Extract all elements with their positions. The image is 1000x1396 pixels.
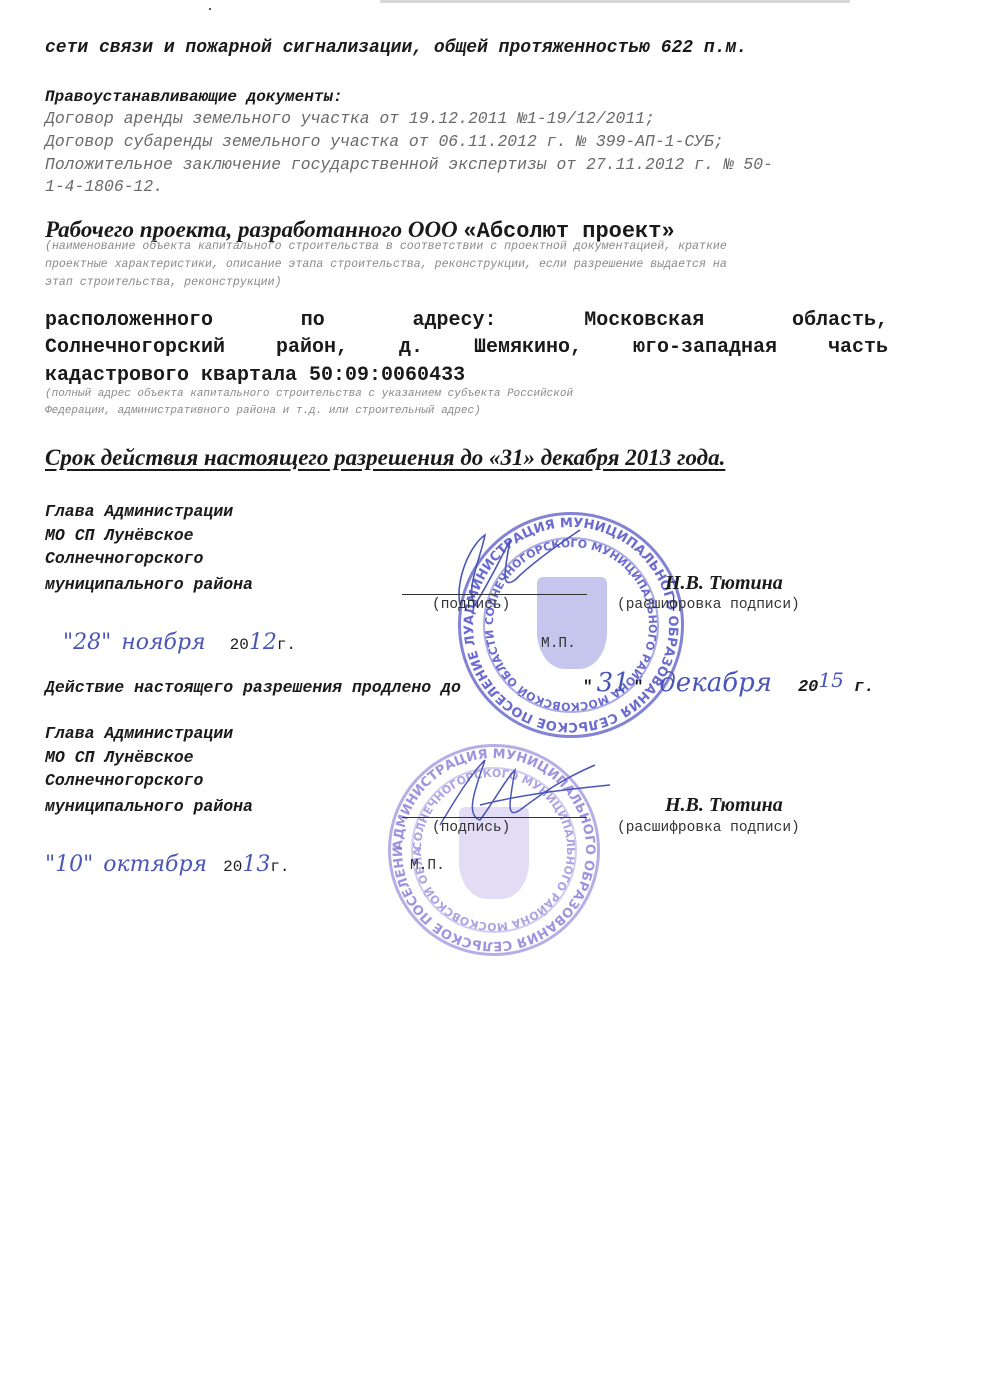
- signer-position-1: Глава Администрации МО СП Лунёвское Солн…: [45, 500, 253, 596]
- project-note-3: этап строительства, реконструкции): [45, 276, 282, 289]
- address-word: Московская: [584, 309, 704, 332]
- signer-position-2: Глава Администрации МО СП Лунёвское Солн…: [45, 722, 253, 818]
- signer-name-1: Н.В. Тютина: [665, 572, 783, 595]
- signature-caption-2: (подпись): [432, 820, 510, 836]
- address-word: часть: [828, 336, 888, 359]
- position-line: МО СП Лунёвское: [45, 746, 253, 770]
- position-line: Глава Администрации: [45, 722, 253, 746]
- signing-date-2: "10" октября 2013г.: [45, 852, 290, 877]
- position-line: МО СП Лунёвское: [45, 524, 253, 548]
- position-line: Солнечногорского: [45, 547, 253, 571]
- doc-line-3: Положительное заключение государственной…: [45, 155, 773, 174]
- validity-period: Срок действия настоящего разрешения до «…: [45, 445, 725, 471]
- address-word: область,: [792, 309, 888, 332]
- doc-line-1: Договор аренды земельного участка от 19.…: [45, 109, 655, 128]
- signature-caption-1: (подпись): [432, 597, 510, 613]
- position-line: Солнечногорского: [45, 769, 253, 793]
- doc-line-4: 1-4-1806-12.: [45, 177, 163, 196]
- address-word: район,: [276, 336, 348, 359]
- address-note-1: (полный адрес объекта капитального строи…: [45, 388, 573, 400]
- address-note-2: Федерации, административного района и т.…: [45, 405, 481, 417]
- seal-place-1: М.П.: [541, 636, 576, 652]
- project-prefix: Рабочего проекта, разработанного ООО: [45, 217, 463, 242]
- object-description-line: сети связи и пожарной сигнализации, обще…: [45, 38, 747, 58]
- position-line: муниципального района: [45, 573, 253, 597]
- extension-date: " 31 " декабря 2015 г.: [583, 668, 874, 698]
- decode-caption-1: (расшифровка подписи): [617, 597, 800, 613]
- address-word: адресу:: [412, 309, 496, 332]
- position-line: муниципального района: [45, 795, 253, 819]
- project-note-1: (наименование объекта капитального строи…: [45, 240, 727, 253]
- address-word: юго-западная: [633, 336, 777, 359]
- seal-place-2: М.П.: [410, 858, 445, 874]
- address-line-3: кадастрового квартала 50:09:0060433: [45, 364, 465, 387]
- signing-date-1: "28" ноября 2012г.: [63, 630, 296, 655]
- signer-name-2: Н.В. Тютина: [665, 794, 783, 817]
- address-word: Солнечногорский: [45, 336, 225, 359]
- signature-line-1: [402, 594, 587, 595]
- address-word: д.: [399, 336, 423, 359]
- signature-line-2: [402, 817, 587, 818]
- address-line-2: Солнечногорский район, д. Шемякино, юго-…: [45, 336, 888, 359]
- address-line-1: расположенного по адресу: Московская обл…: [45, 309, 888, 332]
- project-note-2: проектные характеристики, описание этапа…: [45, 258, 727, 271]
- doc-line-2: Договор субаренды земельного участка от …: [45, 132, 724, 151]
- scan-edge-artifact: [380, 0, 850, 3]
- title-of-documents: Правоустанавливающие документы:: [45, 88, 343, 106]
- address-word: расположенного: [45, 309, 213, 332]
- address-word: по: [301, 309, 325, 332]
- scan-dot: [209, 8, 211, 10]
- address-word: Шемякино,: [474, 336, 582, 359]
- extension-text: Действие настоящего разрешения продлено …: [45, 678, 461, 697]
- decode-caption-2: (расшифровка подписи): [617, 820, 800, 836]
- position-line: Глава Администрации: [45, 500, 253, 524]
